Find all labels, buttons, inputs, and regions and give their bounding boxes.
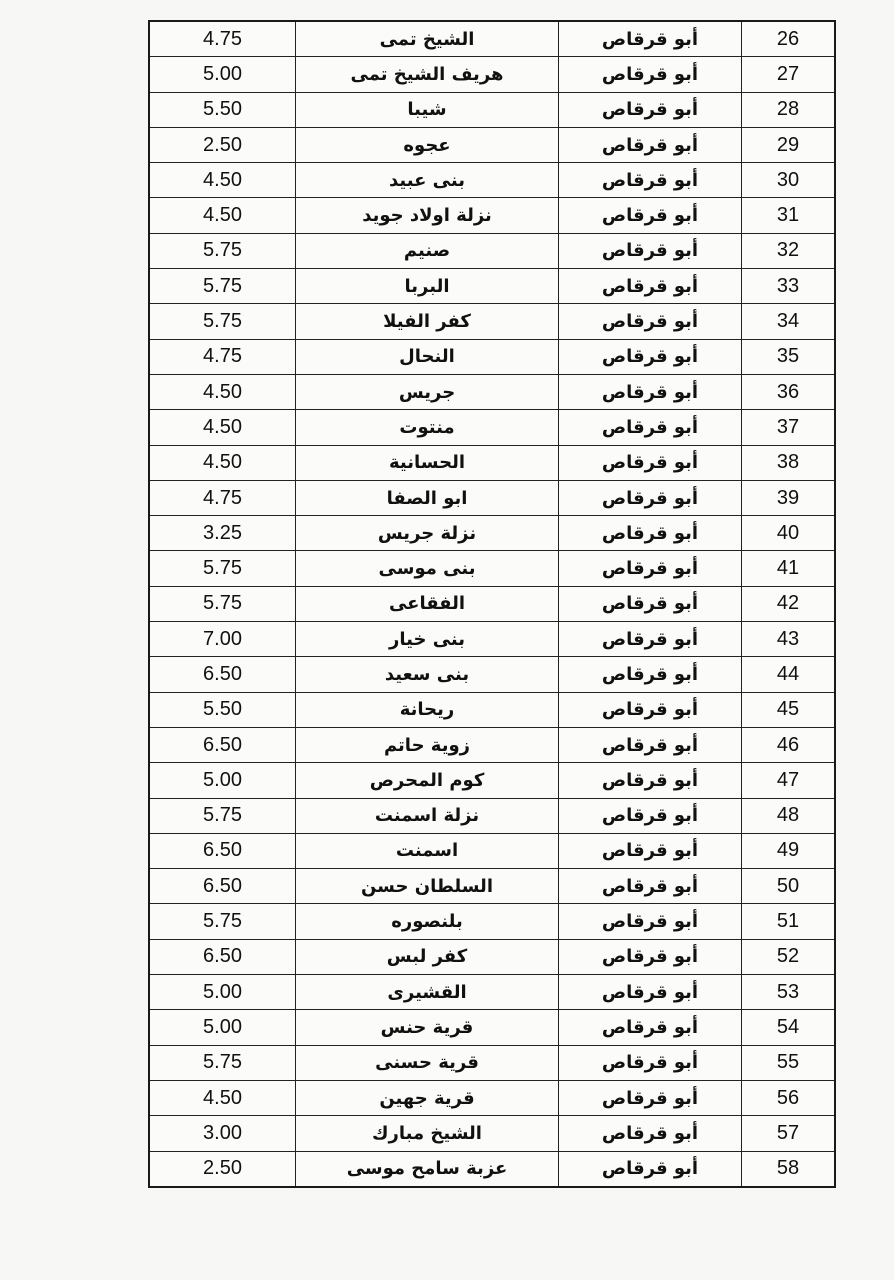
center-cell: أبو قرقاص [559,975,742,1010]
row-number-cell: 48 [742,798,836,833]
center-cell: أبو قرقاص [559,904,742,939]
value-cell: 4.50 [149,374,296,409]
value-cell: 5.75 [149,1045,296,1080]
value-cell: 5.75 [149,798,296,833]
center-cell: أبو قرقاص [559,798,742,833]
village-cell: هريف الشيخ تمى [296,57,559,92]
value-cell: 5.00 [149,57,296,92]
row-number-cell: 57 [742,1116,836,1151]
village-cell: السلطان حسن [296,869,559,904]
village-cell: كوم المحرص [296,763,559,798]
value-cell: 2.50 [149,127,296,162]
value-cell: 7.00 [149,622,296,657]
row-number-cell: 30 [742,163,836,198]
value-cell: 4.50 [149,1080,296,1115]
center-cell: أبو قرقاص [559,374,742,409]
village-cell: نزلة اولاد جويد [296,198,559,233]
village-cell: صنيم [296,233,559,268]
center-cell: أبو قرقاص [559,586,742,621]
row-number-cell: 45 [742,692,836,727]
village-cell: كفر لبس [296,939,559,974]
row-number-cell: 49 [742,833,836,868]
table-row: 5.75 نزلة اسمنت أبو قرقاص 48 [149,798,835,833]
table-row: 5.00 القشيرى أبو قرقاص 53 [149,975,835,1010]
value-cell: 5.75 [149,586,296,621]
center-cell: أبو قرقاص [559,198,742,233]
village-cell: نزلة جريس [296,516,559,551]
value-cell: 5.50 [149,92,296,127]
village-cell: نزلة اسمنت [296,798,559,833]
center-cell: أبو قرقاص [559,480,742,515]
value-cell: 4.75 [149,21,296,57]
village-cell: جريس [296,374,559,409]
table-row: 5.00 كوم المحرص أبو قرقاص 47 [149,763,835,798]
row-number-cell: 31 [742,198,836,233]
table-row: 5.75 بنى موسى أبو قرقاص 41 [149,551,835,586]
value-cell: 4.75 [149,480,296,515]
table-row: 3.00 الشيخ مبارك أبو قرقاص 57 [149,1116,835,1151]
table-row: 5.75 الفقاعى أبو قرقاص 42 [149,586,835,621]
value-cell: 6.50 [149,727,296,762]
value-cell: 3.25 [149,516,296,551]
center-cell: أبو قرقاص [559,622,742,657]
village-cell: البربا [296,269,559,304]
center-cell: أبو قرقاص [559,163,742,198]
table-row: 4.50 نزلة اولاد جويد أبو قرقاص 31 [149,198,835,233]
row-number-cell: 40 [742,516,836,551]
row-number-cell: 46 [742,727,836,762]
value-cell: 5.00 [149,763,296,798]
village-cell: شيبا [296,92,559,127]
row-number-cell: 35 [742,339,836,374]
row-number-cell: 58 [742,1151,836,1187]
row-number-cell: 32 [742,233,836,268]
village-cell: بلنصوره [296,904,559,939]
village-cell: ريحانة [296,692,559,727]
value-cell: 4.75 [149,339,296,374]
table-row: 4.50 بنى عبيد أبو قرقاص 30 [149,163,835,198]
table-row: 5.75 قرية حسنى أبو قرقاص 55 [149,1045,835,1080]
row-number-cell: 29 [742,127,836,162]
row-number-cell: 27 [742,57,836,92]
value-cell: 2.50 [149,1151,296,1187]
row-number-cell: 51 [742,904,836,939]
value-cell: 6.50 [149,939,296,974]
table-row: 6.50 كفر لبس أبو قرقاص 52 [149,939,835,974]
value-cell: 4.50 [149,198,296,233]
value-cell: 3.00 [149,1116,296,1151]
village-cell: الحسانية [296,445,559,480]
value-cell: 6.50 [149,657,296,692]
village-cell: النحال [296,339,559,374]
center-cell: أبو قرقاص [559,21,742,57]
table-row: 4.75 النحال أبو قرقاص 35 [149,339,835,374]
value-cell: 5.00 [149,975,296,1010]
row-number-cell: 38 [742,445,836,480]
village-cell: الفقاعى [296,586,559,621]
row-number-cell: 36 [742,374,836,409]
village-cell: زوية حاتم [296,727,559,762]
table-row: 6.50 بنى سعيد أبو قرقاص 44 [149,657,835,692]
table-row: 4.50 منتوت أبو قرقاص 37 [149,410,835,445]
row-number-cell: 50 [742,869,836,904]
table-row: 6.50 زوية حاتم أبو قرقاص 46 [149,727,835,762]
table-row: 4.75 الشيخ تمى أبو قرقاص 26 [149,21,835,57]
row-number-cell: 28 [742,92,836,127]
center-cell: أبو قرقاص [559,869,742,904]
center-cell: أبو قرقاص [559,1010,742,1045]
row-number-cell: 52 [742,939,836,974]
village-cell: الشيخ مبارك [296,1116,559,1151]
table-row: 6.50 اسمنت أبو قرقاص 49 [149,833,835,868]
value-cell: 5.75 [149,551,296,586]
center-cell: أبو قرقاص [559,939,742,974]
center-cell: أبو قرقاص [559,763,742,798]
center-cell: أبو قرقاص [559,445,742,480]
table-body: 4.75 الشيخ تمى أبو قرقاص 26 5.00 هريف ال… [149,21,835,1187]
center-cell: أبو قرقاص [559,692,742,727]
value-cell: 4.50 [149,445,296,480]
center-cell: أبو قرقاص [559,127,742,162]
row-number-cell: 37 [742,410,836,445]
value-cell: 5.75 [149,904,296,939]
table-row: 6.50 السلطان حسن أبو قرقاص 50 [149,869,835,904]
village-cell: كفر الفيلا [296,304,559,339]
center-cell: أبو قرقاص [559,551,742,586]
table-row: 4.50 جريس أبو قرقاص 36 [149,374,835,409]
table-row: 2.50 عجوه أبو قرقاص 29 [149,127,835,162]
table-row: 5.75 البربا أبو قرقاص 33 [149,269,835,304]
village-cell: اسمنت [296,833,559,868]
row-number-cell: 33 [742,269,836,304]
center-cell: أبو قرقاص [559,516,742,551]
table-row: 3.25 نزلة جريس أبو قرقاص 40 [149,516,835,551]
row-number-cell: 47 [742,763,836,798]
value-cell: 4.50 [149,410,296,445]
table-row: 5.00 قرية حنس أبو قرقاص 54 [149,1010,835,1045]
center-cell: أبو قرقاص [559,1080,742,1115]
village-cell: قرية جهين [296,1080,559,1115]
center-cell: أبو قرقاص [559,339,742,374]
value-cell: 5.75 [149,304,296,339]
table-row: 7.00 بنى خيار أبو قرقاص 43 [149,622,835,657]
row-number-cell: 42 [742,586,836,621]
village-values-table: 4.75 الشيخ تمى أبو قرقاص 26 5.00 هريف ال… [148,20,836,1188]
village-cell: منتوت [296,410,559,445]
table-row: 5.75 كفر الفيلا أبو قرقاص 34 [149,304,835,339]
center-cell: أبو قرقاص [559,57,742,92]
center-cell: أبو قرقاص [559,92,742,127]
row-number-cell: 56 [742,1080,836,1115]
row-number-cell: 39 [742,480,836,515]
value-cell: 6.50 [149,833,296,868]
table-row: 2.50 عزبة سامح موسى أبو قرقاص 58 [149,1151,835,1187]
center-cell: أبو قرقاص [559,833,742,868]
village-cell: بنى موسى [296,551,559,586]
village-cell: ابو الصفا [296,480,559,515]
table-row: 4.50 قرية جهين أبو قرقاص 56 [149,1080,835,1115]
value-cell: 5.75 [149,233,296,268]
center-cell: أبو قرقاص [559,1116,742,1151]
village-cell: قرية حسنى [296,1045,559,1080]
value-cell: 5.00 [149,1010,296,1045]
row-number-cell: 44 [742,657,836,692]
village-cell: القشيرى [296,975,559,1010]
table-row: 4.75 ابو الصفا أبو قرقاص 39 [149,480,835,515]
village-cell: بنى عبيد [296,163,559,198]
value-cell: 5.75 [149,269,296,304]
center-cell: أبو قرقاص [559,304,742,339]
row-number-cell: 26 [742,21,836,57]
row-number-cell: 43 [742,622,836,657]
table-row: 5.50 ريحانة أبو قرقاص 45 [149,692,835,727]
table-row: 5.00 هريف الشيخ تمى أبو قرقاص 27 [149,57,835,92]
value-cell: 4.50 [149,163,296,198]
value-cell: 5.50 [149,692,296,727]
table-row: 5.50 شيبا أبو قرقاص 28 [149,92,835,127]
center-cell: أبو قرقاص [559,727,742,762]
village-cell: بنى خيار [296,622,559,657]
row-number-cell: 41 [742,551,836,586]
center-cell: أبو قرقاص [559,1151,742,1187]
table-row: 5.75 بلنصوره أبو قرقاص 51 [149,904,835,939]
center-cell: أبو قرقاص [559,657,742,692]
village-cell: عزبة سامح موسى [296,1151,559,1187]
center-cell: أبو قرقاص [559,269,742,304]
row-number-cell: 34 [742,304,836,339]
village-cell: قرية حنس [296,1010,559,1045]
village-cell: بنى سعيد [296,657,559,692]
value-cell: 6.50 [149,869,296,904]
village-cell: الشيخ تمى [296,21,559,57]
village-cell: عجوه [296,127,559,162]
table-row: 5.75 صنيم أبو قرقاص 32 [149,233,835,268]
center-cell: أبو قرقاص [559,1045,742,1080]
center-cell: أبو قرقاص [559,410,742,445]
center-cell: أبو قرقاص [559,233,742,268]
table-row: 4.50 الحسانية أبو قرقاص 38 [149,445,835,480]
row-number-cell: 54 [742,1010,836,1045]
row-number-cell: 55 [742,1045,836,1080]
row-number-cell: 53 [742,975,836,1010]
